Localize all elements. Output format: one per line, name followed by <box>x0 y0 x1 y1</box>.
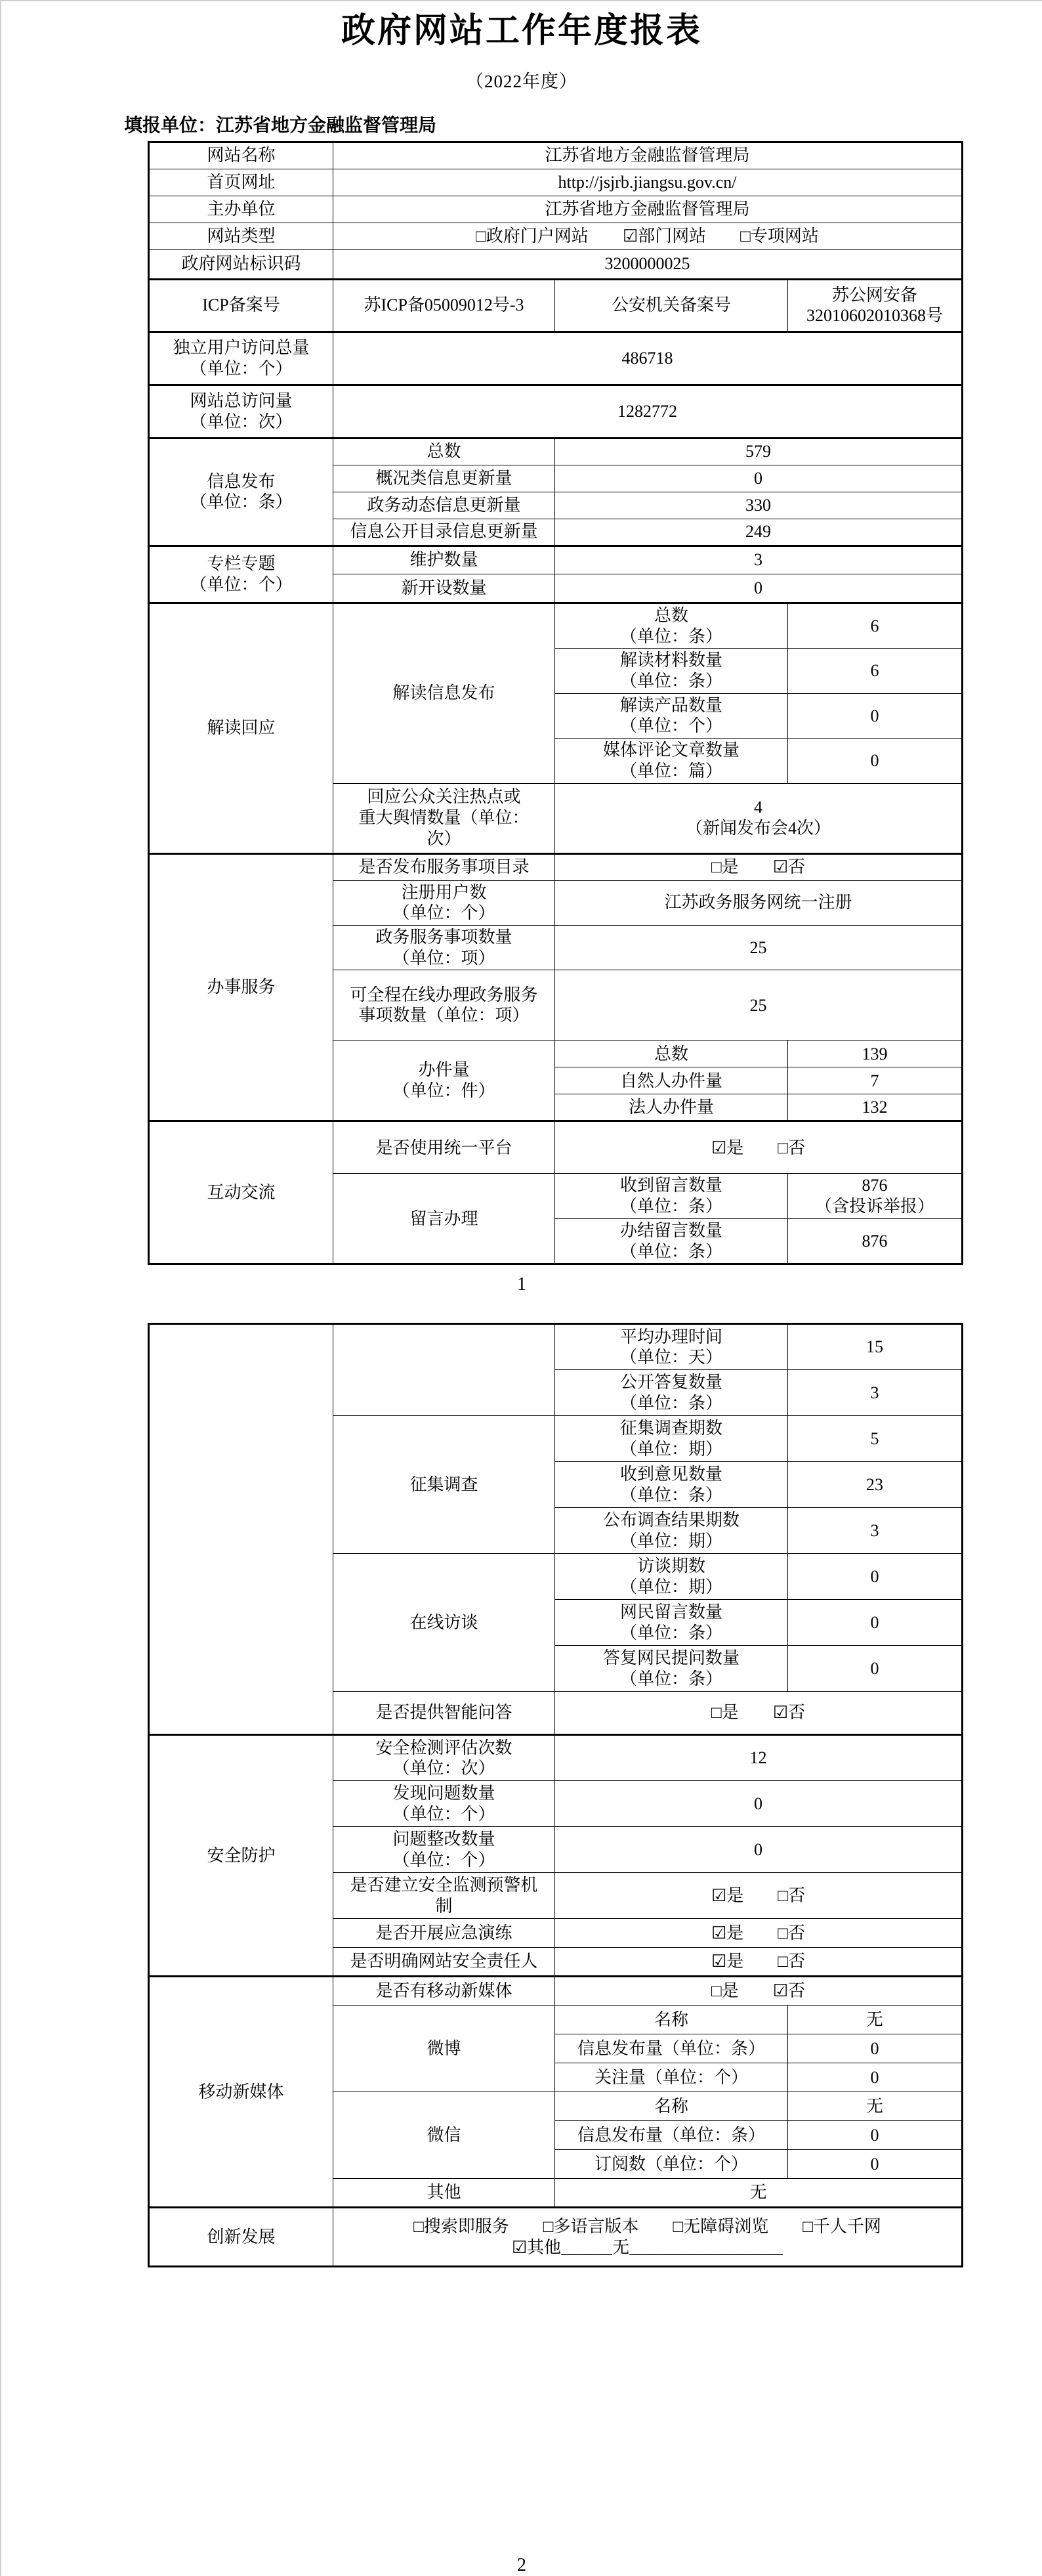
label-cell: 是否建立安全监测预警机 制 <box>333 1873 555 1919</box>
value-cell: □是 ☑否 <box>555 1692 963 1735</box>
value-cell: 江苏省地方金融监督管理局 <box>333 196 963 223</box>
value-cell: 876 <box>788 1218 963 1264</box>
label-cell: 主办单位 <box>149 196 333 223</box>
value-cell: 15 <box>788 1324 963 1370</box>
value-cell: 4 （新闻发布会4次） <box>555 783 963 853</box>
label-cell <box>333 1324 555 1416</box>
label-cell: 名称 <box>555 2006 788 2034</box>
value-cell: 486718 <box>333 332 963 385</box>
label-cell: 其他 <box>333 2179 555 2208</box>
value-cell: 3 <box>555 546 963 574</box>
value-cell: 苏ICP备05009012号-3 <box>333 279 555 332</box>
label-cell: 政务服务事项数量 （单位：项） <box>333 925 555 970</box>
label-cell: 网站类型 <box>149 223 333 249</box>
document-page: 政府网站工作年度报表 （2022年度） 填报单位：江苏省地方金融监督管理局 网站… <box>1 12 1042 2576</box>
value-cell: 无 <box>788 2006 963 2034</box>
table-row: ICP备案号苏ICP备05009012号-3公安机关备案号苏公网安备 32010… <box>149 279 963 332</box>
value-cell: 5 <box>788 1416 963 1462</box>
group-cell: 专栏专题 （单位：个） <box>149 546 333 603</box>
value-cell: 0 <box>788 2150 963 2179</box>
label-cell: 是否使用统一平台 <box>333 1121 555 1174</box>
label-cell: 办结留言数量 （单位：条） <box>555 1218 788 1264</box>
value-cell: 0 <box>555 1781 963 1827</box>
value-cell: http://jsjrb.jiangsu.gov.cn/ <box>333 169 963 196</box>
value-cell: 1282772 <box>333 385 963 438</box>
label-cell: 征集调查 <box>333 1416 555 1554</box>
table-row: 专栏专题 （单位：个）维护数量3 <box>149 546 963 574</box>
table-row: 办事服务是否发布服务事项目录□是 ☑否 <box>149 853 963 880</box>
label-cell: 政务动态信息更新量 <box>333 492 555 519</box>
value-cell: 0 <box>788 1554 963 1600</box>
value-cell: 3 <box>788 1508 963 1554</box>
value-cell: 7 <box>788 1067 963 1094</box>
value-cell: 无 <box>788 2092 963 2121</box>
label-cell: 安全检测评估次数 （单位：次） <box>333 1735 555 1781</box>
value-cell: 132 <box>788 1094 963 1121</box>
value-cell: 0 <box>788 2034 963 2063</box>
table-row: 解读回应解读信息发布总数 （单位：条）6 <box>149 603 963 648</box>
label-cell: 维护数量 <box>333 546 555 574</box>
value-cell: ☑是 □否 <box>555 1948 963 1977</box>
group-cell: 解读回应 <box>149 603 333 853</box>
value-cell: 3200000025 <box>333 249 963 279</box>
label-cell: 信息发布量（单位：条） <box>555 2121 788 2150</box>
value-cell: 0 <box>555 1827 963 1873</box>
label-cell: 发现问题数量 （单位：个） <box>333 1781 555 1827</box>
label-cell: 首页网址 <box>149 169 333 196</box>
value-cell: 12 <box>555 1735 963 1781</box>
value-cell: 0 <box>788 2063 963 2092</box>
table-row: 独立用户访问总量 （单位：个）486718 <box>149 332 963 385</box>
label-cell: 可全程在线办理政务服务 事项数量（单位：项） <box>333 970 555 1041</box>
table-row: 互动交流是否使用统一平台☑是 □否 <box>149 1121 963 1174</box>
label-cell: 政府网站标识码 <box>149 249 333 279</box>
label-cell: 平均办理时间 （单位：天） <box>555 1324 788 1370</box>
label-cell: 注册用户数 （单位：个） <box>333 880 555 925</box>
label-cell: 解读信息发布 <box>333 603 555 783</box>
value-cell: 0 <box>788 1600 963 1646</box>
table-row: 安全防护安全检测评估次数 （单位：次）12 <box>149 1735 963 1781</box>
value-cell: □是 ☑否 <box>555 1977 963 2006</box>
value-cell: 23 <box>788 1462 963 1508</box>
group-cell: 安全防护 <box>149 1735 333 1977</box>
label-cell: 总数 <box>555 1041 788 1067</box>
label-cell: 公开答复数量 （单位：条） <box>555 1370 788 1416</box>
label-cell: ICP备案号 <box>149 279 333 332</box>
label-cell: 网站名称 <box>149 142 333 169</box>
value-cell: 0 <box>788 1646 963 1692</box>
value-cell: 江苏政务服务网统一注册 <box>555 880 963 925</box>
value-cell: □政府门户网站 ☑部门网站 □专项网站 <box>333 223 963 249</box>
label-cell: 微信 <box>333 2092 555 2179</box>
value-cell: 0 <box>555 574 963 603</box>
label-cell: 访谈期数 （单位：期） <box>555 1554 788 1600</box>
label-cell: 问题整改数量 （单位：个） <box>333 1827 555 1873</box>
label-cell: 公安机关备案号 <box>555 279 788 332</box>
label-cell: 在线访谈 <box>333 1554 555 1692</box>
value-cell: □搜索即服务 □多语言版本 □无障碍浏览 □千人千网 ☑其他＿＿＿无＿＿＿＿＿＿… <box>333 2208 963 2267</box>
label-cell: 办件量 （单位：件） <box>333 1041 555 1121</box>
label-cell: 名称 <box>555 2092 788 2121</box>
value-cell: 0 <box>788 2121 963 2150</box>
table-row: 平均办理时间 （单位：天）15 <box>149 1324 963 1370</box>
value-cell: 876 （含投诉举报） <box>788 1174 963 1218</box>
page-number-2: 2 <box>1 2555 1042 2576</box>
annual-report-table-page1: 网站名称江苏省地方金融监督管理局首页网址http://jsjrb.jiangsu… <box>148 141 963 1266</box>
label-cell: 公布调查结果期数 （单位：期） <box>555 1508 788 1554</box>
report-title: 政府网站工作年度报表 <box>1 12 1042 51</box>
value-cell: □是 ☑否 <box>555 853 963 880</box>
value-cell: ☑是 □否 <box>555 1919 963 1948</box>
value-cell: 0 <box>788 739 963 783</box>
label-cell: 是否有移动新媒体 <box>333 1977 555 2006</box>
value-cell: 25 <box>555 925 963 970</box>
table-row: 网站类型□政府门户网站 ☑部门网站 □专项网站 <box>149 223 963 249</box>
value-cell: 139 <box>788 1041 963 1067</box>
value-cell: 0 <box>788 693 963 738</box>
label-cell: 自然人办件量 <box>555 1067 788 1094</box>
label-cell: 独立用户访问总量 （单位：个） <box>149 332 333 385</box>
label-cell: 微博 <box>333 2006 555 2092</box>
table-row: 政府网站标识码3200000025 <box>149 249 963 279</box>
table-row: 移动新媒体是否有移动新媒体□是 ☑否 <box>149 1977 963 2006</box>
label-cell: 收到留言数量 （单位：条） <box>555 1174 788 1218</box>
label-cell: 解读产品数量 （单位：个） <box>555 693 788 738</box>
group-cell <box>149 1324 333 1735</box>
value-cell: 6 <box>788 603 963 648</box>
annual-report-table-page2: 平均办理时间 （单位：天）15公开答复数量 （单位：条）3征集调查征集调查期数 … <box>148 1323 963 2267</box>
label-cell: 概况类信息更新量 <box>333 465 555 492</box>
group-cell: 移动新媒体 <box>149 1977 333 2208</box>
label-cell: 答复网民提问数量 （单位：条） <box>555 1646 788 1692</box>
label-cell: 网站总访问量 （单位：次） <box>149 385 333 438</box>
label-cell: 是否明确网站安全责任人 <box>333 1948 555 1977</box>
value-cell: 330 <box>555 492 963 519</box>
label-cell: 留言办理 <box>333 1174 555 1264</box>
label-cell: 信息发布量（单位：条） <box>555 2034 788 2063</box>
label-cell: 总数 （单位：条） <box>555 603 788 648</box>
table-row: 网站总访问量 （单位：次）1282772 <box>149 385 963 438</box>
label-cell: 解读材料数量 （单位：条） <box>555 649 788 693</box>
group-cell: 信息发布 （单位：条） <box>149 438 333 546</box>
table-row: 首页网址http://jsjrb.jiangsu.gov.cn/ <box>149 169 963 196</box>
value-cell: ☑是 □否 <box>555 1121 963 1174</box>
value-cell: 25 <box>555 970 963 1041</box>
label-cell: 是否提供智能问答 <box>333 1692 555 1735</box>
label-cell: 网民留言数量 （单位：条） <box>555 1600 788 1646</box>
value-cell: 579 <box>555 438 963 465</box>
value-cell: 6 <box>788 649 963 693</box>
label-cell: 关注量（单位：个） <box>555 2063 788 2092</box>
group-cell: 办事服务 <box>149 853 333 1121</box>
page-number-1: 1 <box>1 1274 1042 1295</box>
label-cell: 订阅数（单位：个） <box>555 2150 788 2179</box>
label-cell: 回应公众关注热点或 重大舆情数量（单位： 次） <box>333 783 555 853</box>
table-row: 创新发展□搜索即服务 □多语言版本 □无障碍浏览 □千人千网 ☑其他＿＿＿无＿＿… <box>149 2208 963 2267</box>
label-cell: 是否开展应急演练 <box>333 1919 555 1948</box>
label-cell: 法人办件量 <box>555 1094 788 1121</box>
value-cell: 江苏省地方金融监督管理局 <box>333 142 963 169</box>
value-cell: 无 <box>555 2179 963 2208</box>
value-cell: 3 <box>788 1370 963 1416</box>
label-cell: 是否发布服务事项目录 <box>333 853 555 880</box>
table-row: 网站名称江苏省地方金融监督管理局 <box>149 142 963 169</box>
label-cell: 总数 <box>333 438 555 465</box>
group-cell: 互动交流 <box>149 1121 333 1264</box>
label-cell: 新开设数量 <box>333 574 555 603</box>
value-cell: 249 <box>555 519 963 546</box>
value-cell: ☑是 □否 <box>555 1873 963 1919</box>
label-cell: 信息公开目录信息更新量 <box>333 519 555 546</box>
label-cell: 征集调查期数 （单位：期） <box>555 1416 788 1462</box>
group-cell: 创新发展 <box>149 2208 333 2267</box>
table-row: 信息发布 （单位：条）总数579 <box>149 438 963 465</box>
value-cell: 0 <box>555 465 963 492</box>
report-year-subtitle: （2022年度） <box>1 67 1042 93</box>
reporting-unit-line: 填报单位：江苏省地方金融监督管理局 <box>124 111 1042 137</box>
table-row: 主办单位江苏省地方金融监督管理局 <box>149 196 963 223</box>
label-cell: 收到意见数量 （单位：条） <box>555 1462 788 1508</box>
label-cell: 媒体评论文章数量 （单位：篇） <box>555 739 788 783</box>
value-cell: 苏公网安备 32010602010368号 <box>788 279 963 332</box>
